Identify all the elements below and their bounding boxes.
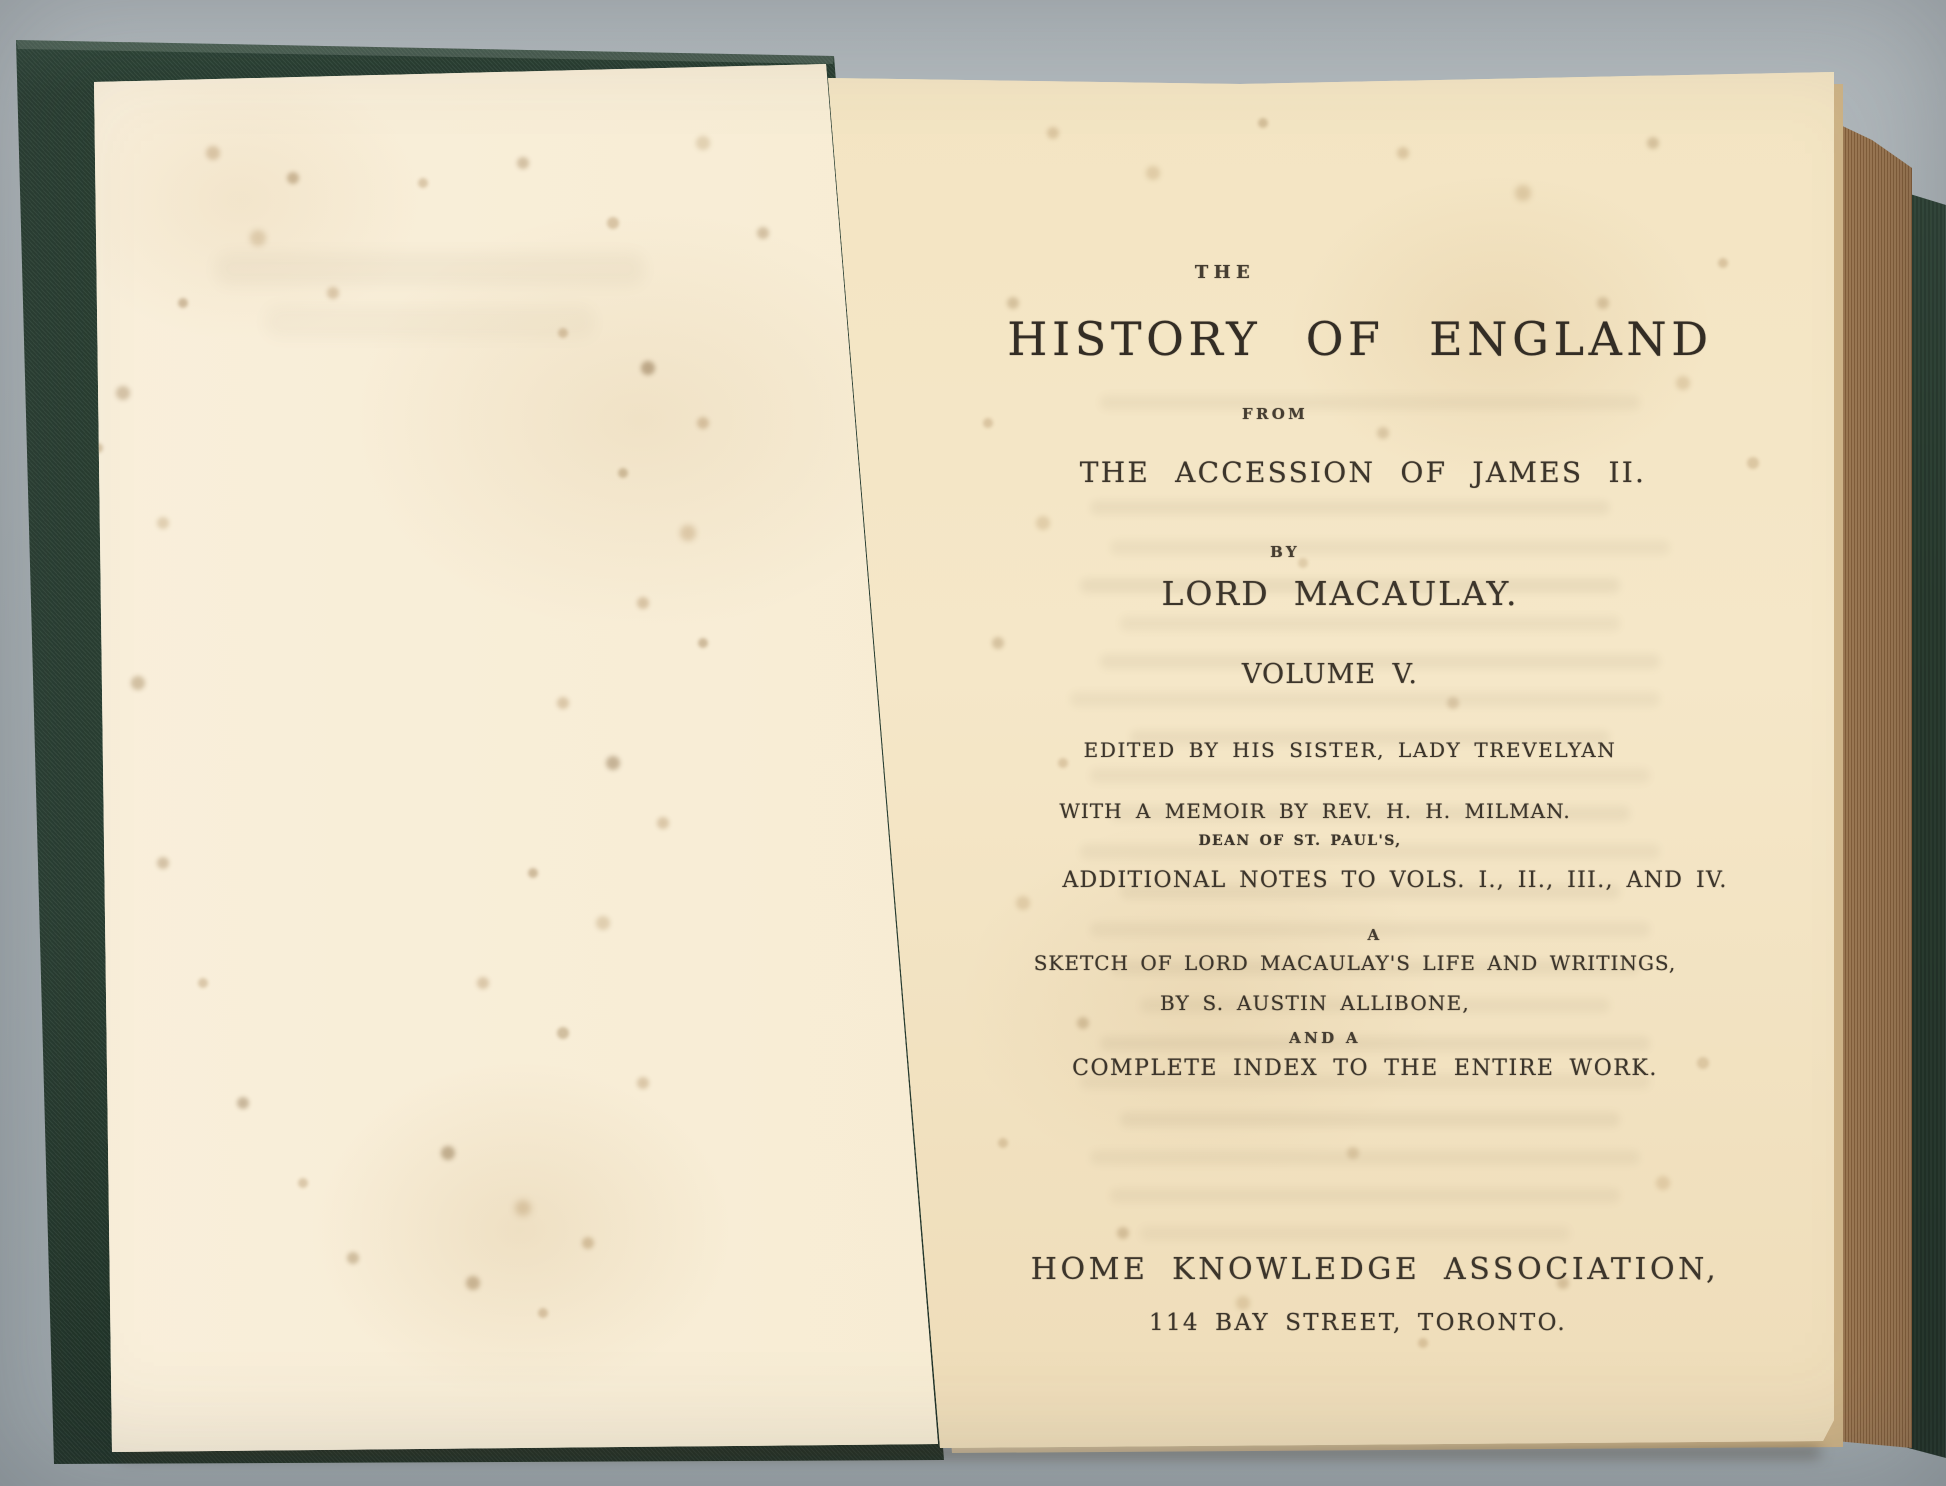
foxing-spots-right [0,0,6,6]
sketch-line: SKETCH OF LORD MACAULAY'S LIFE AND WRITI… [915,953,1795,973]
title-page-text: THE HISTORY OF ENGLAND FROM THE ACCESSIO… [930,0,1810,1486]
a-label: A [935,928,1815,943]
notes-line: ADDITIONAL NOTES TO VOLS. I., II., III.,… [955,870,1835,892]
ghost-row [265,305,595,339]
editor-line: EDITED BY HIS SISTER, LADY TREVELYAN [910,740,1790,760]
index-line: COMPLETE INDEX TO THE ENTIRE WORK. [925,1058,1805,1080]
author-line: LORD MACAULAY. [900,577,1780,610]
publisher-address-line: 114 BAY STREET, TORONTO. [918,1312,1798,1335]
foxing-spots-left [0,0,6,6]
publisher-line: HOME KNOWLEDGE ASSOCIATION, [935,1255,1815,1285]
half-title-line: THE [785,264,1665,282]
ghost-row [215,252,645,286]
and-a-label: AND A [885,1031,1765,1046]
dean-line: DEAN OF ST. PAUL'S, [860,834,1740,848]
subtitle-line: THE ACCESSION OF JAMES II. [923,459,1803,487]
by-label: BY [845,545,1725,560]
from-label: FROM [835,407,1715,422]
volume-line: VOLUME V. [890,661,1770,688]
sketch-author-line: BY S. AUSTIN ALLIBONE, [875,993,1755,1013]
memoir-line: WITH A MEMOIR BY REV. H. H. MILMAN. [875,801,1755,821]
title-line: HISTORY OF ENGLAND [920,316,1800,362]
open-book-photo: THE HISTORY OF ENGLAND FROM THE ACCESSIO… [0,0,1946,1486]
